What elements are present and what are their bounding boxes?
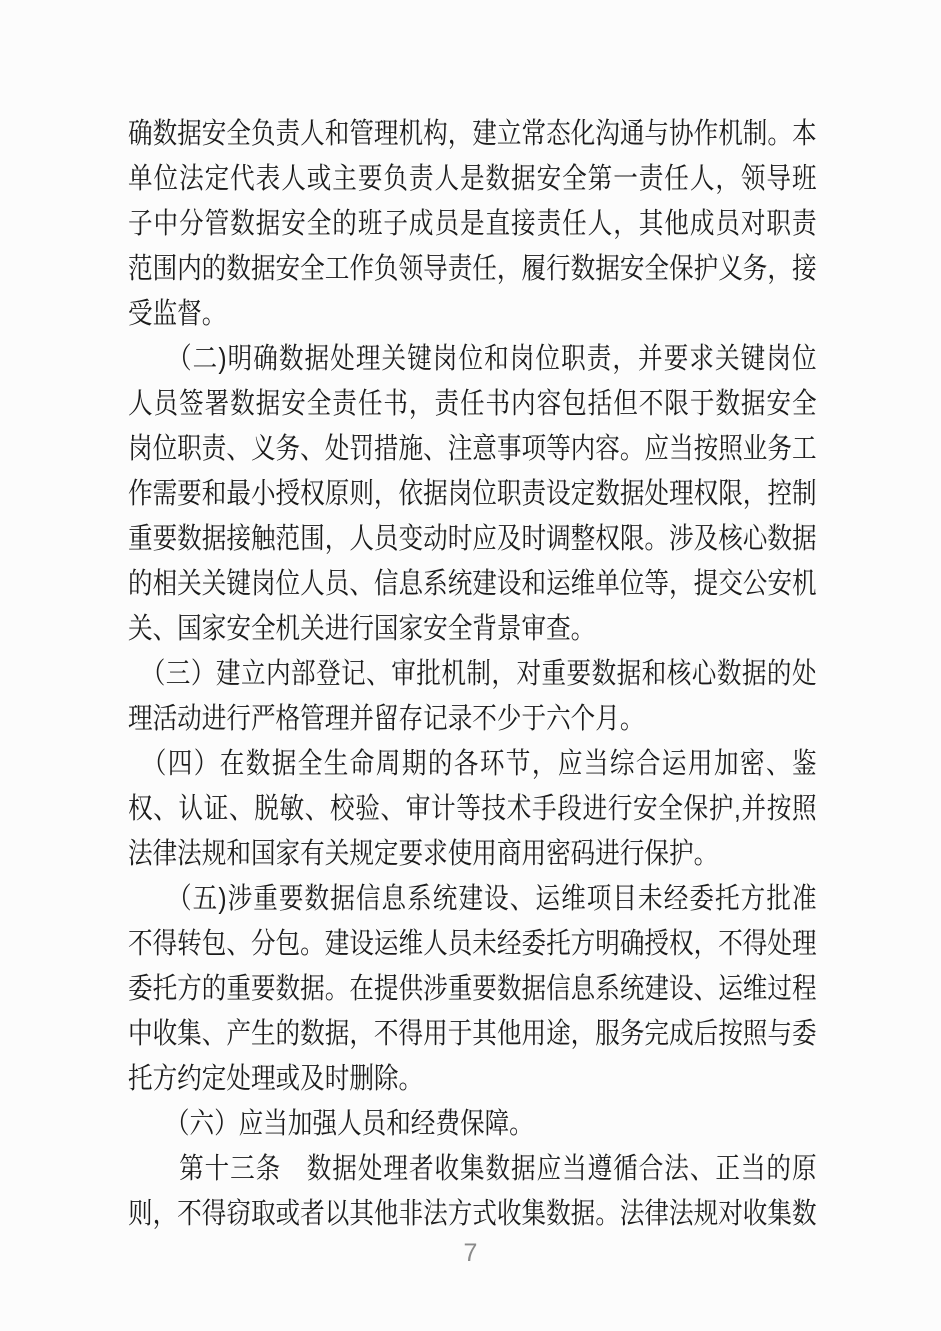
- text-line: 不得转包、分包。建设运维人员未经委托方明确授权，不得处理: [128, 922, 817, 967]
- text-line: 托方约定处理或及时删除。: [128, 1057, 817, 1102]
- text-line: （五)涉重要数据信息系统建设、运维项目未经委托方批准: [128, 877, 817, 922]
- text-line: 的相关关键岗位人员、信息系统建设和运维单位等，提交公安机: [128, 562, 817, 607]
- text-line: 关、国家安全机关进行国家安全背景审查。: [128, 607, 817, 652]
- document-body: 确数据安全负责人和管理机构，建立常态化沟通与协作机制。本单位法定代表人或主要负责…: [128, 112, 940, 1237]
- text-line: 权、认证、脱敏、校验、审计等技术手段进行安全保护,并按照: [128, 787, 817, 832]
- text-line: 范围内的数据安全工作负领导责任，履行数据安全保护义务，接: [128, 247, 817, 292]
- text-line: 法律法规和国家有关规定要求使用商用密码进行保护。: [128, 832, 817, 877]
- text-line: 理活动进行严格管理并留存记录不少于六个月。: [128, 697, 817, 742]
- text-line: （四）在数据全生命周期的各环节，应当综合运用加密、鉴: [128, 742, 817, 787]
- document-page: 确数据安全负责人和管理机构，建立常态化沟通与协作机制。本单位法定代表人或主要负责…: [0, 0, 941, 1331]
- text-line: （六）应当加强人员和经费保障。: [128, 1102, 817, 1147]
- text-line: 第十三条 数据处理者收集数据应当遵循合法、正当的原: [128, 1147, 817, 1192]
- text-line: 作需要和最小授权原则，依据岗位职责设定数据处理权限，控制: [128, 472, 817, 517]
- text-line: 子中分管数据安全的班子成员是直接责任人，其他成员对职责: [128, 202, 817, 247]
- text-line: 岗位职责、义务、处罚措施、注意事项等内容。应当按照业务工: [128, 427, 817, 472]
- text-line: 单位法定代表人或主要负责人是数据安全第一责任人，领导班: [128, 157, 817, 202]
- text-line: （二)明确数据处理关键岗位和岗位职责，并要求关键岗位: [128, 337, 817, 382]
- text-line: 中收集、产生的数据，不得用于其他用途，服务完成后按照与委: [128, 1012, 817, 1057]
- text-line: 受监督。: [128, 292, 817, 337]
- text-line: 人员签署数据安全责任书，责任书内容包括但不限于数据安全: [128, 382, 817, 427]
- page-number: 7: [464, 1239, 478, 1267]
- text-line: （三）建立内部登记、审批机制，对重要数据和核心数据的处: [128, 652, 817, 697]
- page-footer: 7: [0, 1238, 941, 1268]
- text-line: 委托方的重要数据。在提供涉重要数据信息系统建设、运维过程: [128, 967, 817, 1012]
- text-line: 确数据安全负责人和管理机构，建立常态化沟通与协作机制。本: [128, 112, 817, 157]
- text-line: 重要数据接触范围，人员变动时应及时调整权限。涉及核心数据: [128, 517, 817, 562]
- text-line: 则，不得窃取或者以其他非法方式收集数据。法律法规对收集数: [128, 1192, 817, 1237]
